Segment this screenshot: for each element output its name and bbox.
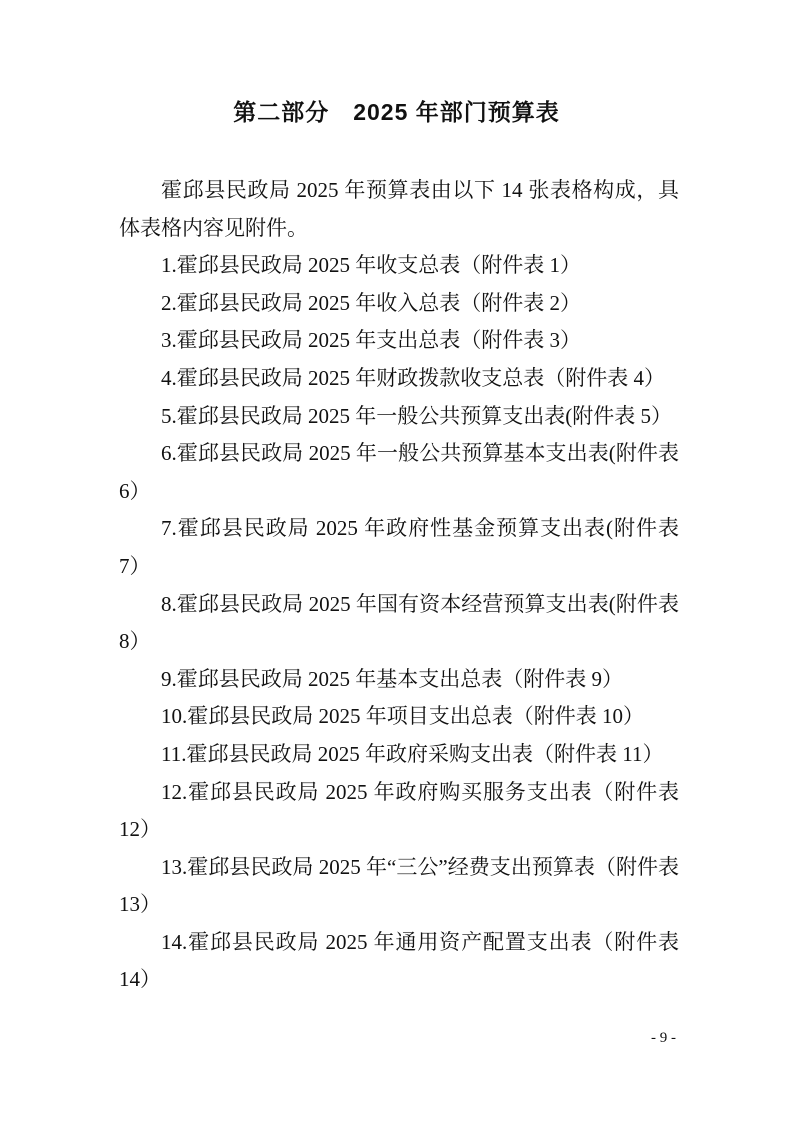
table-list-item-7: 7.霍邱县民政局 2025 年政府性基金预算支出表(附件表 7） <box>119 510 679 585</box>
table-list-item-1: 1.霍邱县民政局 2025 年收支总表（附件表 1） <box>119 247 679 285</box>
table-list-item-8: 8.霍邱县民政局 2025 年国有资本经营预算支出表(附件表 8） <box>119 586 679 661</box>
document-page: 第二部分 2025 年部门预算表 霍邱县民政局 2025 年预算表由以下 14 … <box>0 0 793 1122</box>
table-list-item-14: 14.霍邱县民政局 2025 年通用资产配置支出表（附件表 14） <box>119 924 679 999</box>
intro-paragraph: 霍邱县民政局 2025 年预算表由以下 14 张表格构成，具体表格内容见附件。 <box>119 172 679 247</box>
table-list-item-12: 12.霍邱县民政局 2025 年政府购买服务支出表（附件表 12） <box>119 774 679 849</box>
document-body: 霍邱县民政局 2025 年预算表由以下 14 张表格构成，具体表格内容见附件。 … <box>119 172 679 999</box>
table-list-item-9: 9.霍邱县民政局 2025 年基本支出总表（附件表 9） <box>119 661 679 699</box>
table-list-item-4: 4.霍邱县民政局 2025 年财政拨款收支总表（附件表 4） <box>119 360 679 398</box>
table-list-item-2: 2.霍邱县民政局 2025 年收入总表（附件表 2） <box>119 285 679 323</box>
section-title: 第二部分 2025 年部门预算表 <box>0 0 793 127</box>
table-list-item-3: 3.霍邱县民政局 2025 年支出总表（附件表 3） <box>119 322 679 360</box>
table-list-item-13: 13.霍邱县民政局 2025 年“三公”经费支出预算表（附件表 13） <box>119 849 679 924</box>
page-number: - 9 - <box>651 1029 676 1047</box>
table-list-item-10: 10.霍邱县民政局 2025 年项目支出总表（附件表 10） <box>119 698 679 736</box>
table-list-item-6: 6.霍邱县民政局 2025 年一般公共预算基本支出表(附件表 6） <box>119 435 679 510</box>
table-list-item-5: 5.霍邱县民政局 2025 年一般公共预算支出表(附件表 5） <box>119 398 679 436</box>
table-list-item-11: 11.霍邱县民政局 2025 年政府采购支出表（附件表 11） <box>119 736 679 774</box>
